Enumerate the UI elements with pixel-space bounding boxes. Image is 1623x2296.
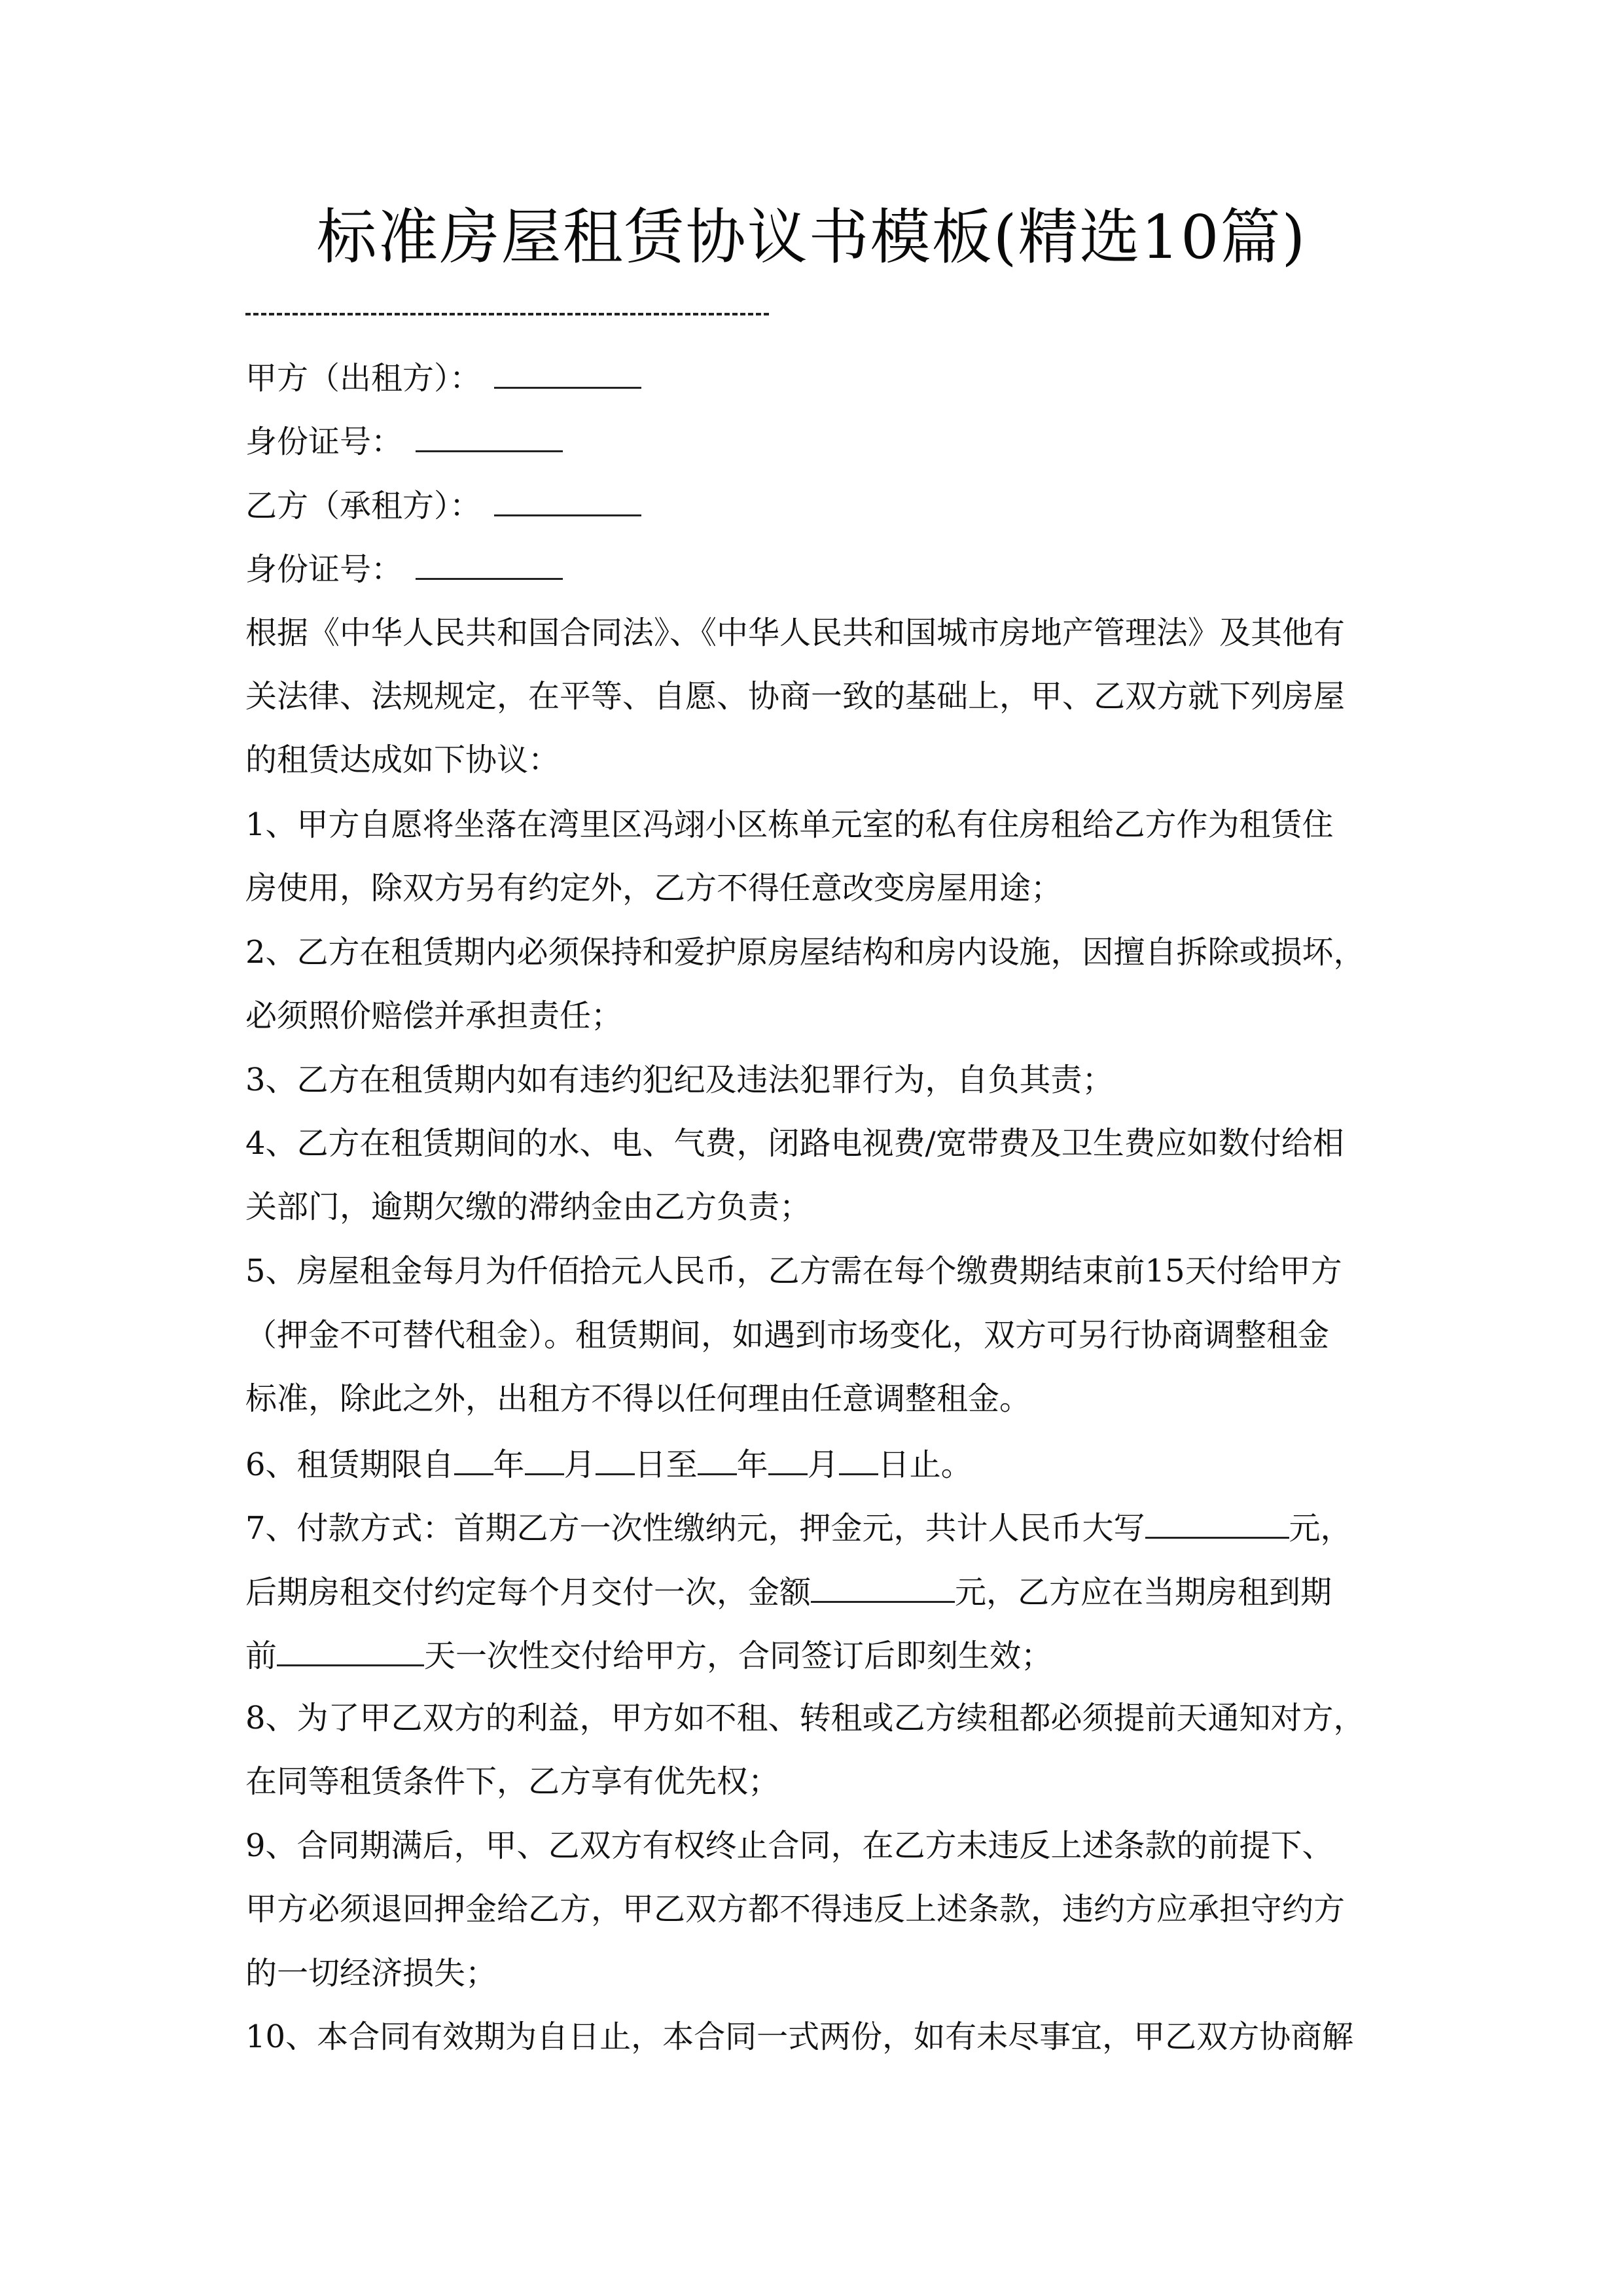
party-b-line: 乙方（承租方）：: [245, 484, 641, 526]
start-month-field[interactable]: [525, 1443, 564, 1475]
clause-2-line: 必须照价赔偿并承担责任；: [245, 996, 622, 1035]
party-a-id-field[interactable]: [416, 420, 563, 452]
clause-7-line: 7、付款方式：首期乙方一次性缴纳元，押金元，共计人民币大写元，: [245, 1507, 1352, 1548]
monthly-amount-field[interactable]: [811, 1571, 955, 1603]
start-day-field[interactable]: [596, 1443, 635, 1475]
clause-8-line: 8、为了甲乙双方的利益，甲方如不租、转租或乙方续租都必须提前天通知对方，: [245, 1698, 1365, 1738]
clause-4-line: 4、乙方在租赁期间的水、电、气费，闭路电视费/宽带费及卫生费应如数付给相: [245, 1124, 1344, 1163]
clause-7-line: 后期房租交付约定每个月交付一次，金额元，乙方应在当期房租到期: [245, 1571, 1332, 1612]
clause-5-line: （押金不可替代租金）。租赁期间，如遇到市场变化，双方可另行协商调整租金: [245, 1316, 1329, 1355]
end-day-field[interactable]: [839, 1443, 878, 1475]
clause-6-line: 6、租赁期限自年月日至年月日止。: [245, 1443, 972, 1484]
year-label: 年: [493, 1446, 525, 1483]
clause-10-line: 10、本合同有效期为自日止，本合同一式两份，如有未尽事宜，甲乙双方协商解: [245, 2017, 1353, 2056]
start-year-field[interactable]: [454, 1443, 493, 1475]
clause-7-text: 前: [245, 1638, 277, 1674]
party-a-id-label: 身份证号：: [245, 423, 402, 460]
clause-2-line: 2、乙方在租赁期内必须保持和爱护原房屋结构和房内设施，因擅自拆除或损坏，: [245, 933, 1365, 972]
party-b-id-label: 身份证号：: [245, 551, 402, 588]
clause-1-line: 1、甲方自愿将坐落在湾里区冯翊小区栋单元室的私有住房租给乙方作为租赁住: [245, 805, 1334, 844]
clause-9-line: 9、合同期满后，甲、乙双方有权终止合同，在乙方未违反上述条款的前提下、: [245, 1826, 1334, 1865]
month-label: 月: [808, 1446, 839, 1483]
party-a-id-line: 身份证号：: [245, 420, 563, 461]
preamble-line: 关法律、法规规定，在平等、自愿、协商一致的基础上，甲、乙双方就下列房屋: [245, 677, 1345, 716]
clause-9-line: 的一切经济损失；: [245, 1954, 497, 1993]
clause-7-line: 前天一次性交付给甲方，合同签订后即刻生效；: [245, 1634, 1052, 1676]
end-month-field[interactable]: [768, 1443, 808, 1475]
clause-3-line: 3、乙方在租赁期内如有违约犯纪及违法犯罪行为，自负其责；: [245, 1060, 1114, 1100]
clause-7-text: 后期房租交付约定每个月交付一次，金额: [245, 1574, 811, 1611]
year-label: 年: [737, 1446, 768, 1483]
clause-8-line: 在同等租赁条件下，乙方享有优先权；: [245, 1762, 779, 1801]
days-before-field[interactable]: [277, 1634, 424, 1666]
clause-7-text: 7、付款方式：首期乙方一次性缴纳元，押金元，共计人民币大写: [245, 1510, 1145, 1547]
clause-9-line: 甲方必须退回押金给乙方，甲乙双方都不得违反上述条款，违约方应承担守约方: [245, 1890, 1345, 1929]
clause-5-line: 5、房屋租金每月为仟佰拾元人民币，乙方需在每个缴费期结束前15天付给甲方: [245, 1251, 1342, 1291]
party-a-field[interactable]: [494, 357, 641, 389]
day-to-label: 日至: [635, 1446, 698, 1483]
party-b-field[interactable]: [494, 484, 641, 516]
clause-5-line: 标准，除此之外，出租方不得以任何理由任意调整租金。: [245, 1379, 1031, 1418]
day-end-label: 日止。: [878, 1446, 972, 1483]
clause-6-prefix: 6、租赁期限自: [245, 1446, 454, 1483]
clause-1-line: 房使用，除双方另有约定外，乙方不得任意改变房屋用途；: [245, 869, 1062, 908]
clause-7-text: 元，: [1289, 1510, 1352, 1547]
party-a-label: 甲方（出租方）：: [245, 360, 481, 397]
clause-7-text: 天一次性交付给甲方，合同签订后即刻生效；: [424, 1638, 1052, 1674]
month-label: 月: [564, 1446, 596, 1483]
party-a-line: 甲方（出租方）：: [245, 357, 641, 398]
preamble-line: 的租赁达成如下协议：: [245, 740, 560, 780]
clause-7-text: 元，乙方应在当期房租到期: [955, 1574, 1332, 1611]
party-b-id-line: 身份证号：: [245, 548, 563, 589]
clause-4-line: 关部门，逾期欠缴的滞纳金由乙方负责；: [245, 1187, 811, 1227]
total-amount-field[interactable]: [1145, 1507, 1289, 1539]
preamble-line: 根据《中华人民共和国合同法》、《中华人民共和国城市房地产管理法》及其他有: [245, 613, 1345, 653]
end-year-field[interactable]: [698, 1443, 737, 1475]
document-page: 标准房屋租赁协议书模板(精选10篇) 甲方（出租方）： 身份证号： 乙方（承租方…: [0, 0, 1623, 2296]
title-divider: [245, 313, 769, 315]
party-b-label: 乙方（承租方）：: [245, 488, 481, 524]
party-b-id-field[interactable]: [416, 548, 563, 580]
document-title: 标准房屋租赁协议书模板(精选10篇): [0, 195, 1623, 280]
